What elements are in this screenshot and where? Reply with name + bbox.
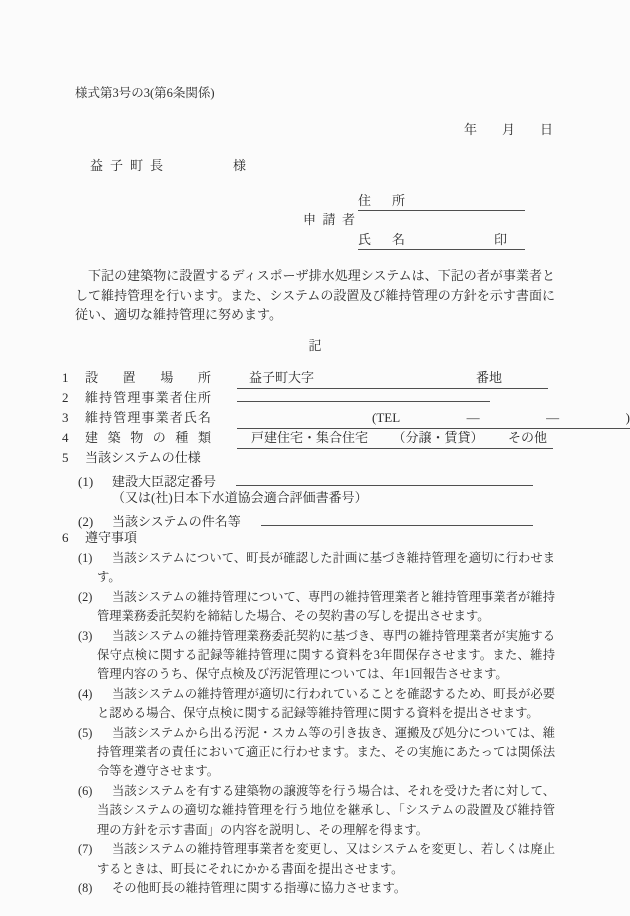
item-operator-name: 3 維持管理事業者氏名 (TEL ― ― ) bbox=[0, 408, 630, 428]
building-type-detached: 戸建住宅・集合住宅 bbox=[251, 428, 368, 448]
clause-number: (5) bbox=[78, 724, 97, 782]
tel-close: ) bbox=[626, 408, 630, 428]
addressee-title: 益子町長 bbox=[90, 158, 170, 173]
operator-address-field[interactable] bbox=[237, 401, 490, 402]
clause-number: (7) bbox=[78, 840, 97, 879]
name-label: 氏名 bbox=[358, 230, 405, 250]
month-label: 月 bbox=[502, 120, 515, 140]
clause-text: 当該システムについて、町長が確認した計画に基づき維持管理を適切に行わせます。 bbox=[97, 549, 555, 588]
item-building-type: 4 建築物の種類 戸建住宅・集合住宅 （分譲・賃貸） その他 bbox=[0, 428, 630, 448]
item-number: 4 bbox=[62, 428, 85, 448]
clause-row: (7) 当該システムの維持管理事業者を変更し、又はシステムを変更し、若しくは廃止… bbox=[0, 840, 630, 879]
clause-number: (3) bbox=[78, 627, 97, 685]
applicant-address-field[interactable]: 住所 bbox=[358, 191, 525, 212]
clause-number: (6) bbox=[78, 782, 97, 840]
item-compliance-heading: 6 遵守事項 bbox=[0, 528, 630, 548]
clause-row: (6) 当該システムを有する建築物の譲渡等を行う場合は、それを受けた者に対して、… bbox=[0, 782, 630, 840]
year-label: 年 bbox=[464, 120, 477, 140]
clause-row: (3) 当該システムの維持管理業務委託契約に基づき、専門の維持管理業者が実施する… bbox=[0, 627, 630, 685]
item-number: 1 bbox=[62, 368, 85, 388]
item-label: 維持管理事業者住所 bbox=[85, 388, 211, 408]
clause-text: 当該システムの維持管理について、専門の維持管理業者と維持管理事業者が維持管理業務… bbox=[97, 588, 555, 627]
clause-row: (4) 当該システムの維持管理が適切に行われていることを確認するため、町長が必要… bbox=[0, 685, 630, 724]
clause-number: (1) bbox=[78, 549, 97, 588]
cert-number-field[interactable] bbox=[236, 468, 533, 486]
item-number: 2 bbox=[62, 388, 85, 408]
clause-text: 当該システムを有する建築物の譲渡等を行う場合は、それを受けた者に対して、当該シス… bbox=[97, 782, 555, 840]
tel-dash: ― bbox=[467, 408, 480, 428]
clause-text: 当該システムの維持管理が適切に行われていることを確認するため、町長が必要と認める… bbox=[97, 685, 555, 724]
location-field[interactable]: 益子町大字 番地 bbox=[237, 368, 548, 389]
item-number: 5 bbox=[62, 448, 85, 468]
tel-open: (TEL bbox=[372, 408, 400, 428]
clause-text: 当該システムの維持管理事業者を変更し、又はシステムを変更し、若しくは廃止するとき… bbox=[97, 840, 555, 879]
record-marker: 記 bbox=[0, 336, 630, 356]
clause-text: 当該システムから出る汚泥・スカム等の引き抜き、運搬及び処分については、維持管理業… bbox=[97, 724, 555, 782]
applicant-role-label: 申請者 bbox=[303, 210, 355, 230]
compliance-clauses: (1) 当該システムについて、町長が確認した計画に基づき維持管理を適切に行わせま… bbox=[0, 549, 630, 898]
clause-number: (8) bbox=[78, 879, 97, 898]
clause-row: (1) 当該システムについて、町長が確認した計画に基づき維持管理を適切に行わせま… bbox=[0, 549, 630, 588]
date-line: 年 月 日 bbox=[0, 120, 630, 140]
location-prefix: 益子町大字 bbox=[249, 368, 314, 388]
item-label: 当該システムの仕様 bbox=[85, 448, 201, 468]
sub-item-system-name: (2) 当該システムの件名等 bbox=[0, 508, 630, 528]
item-system-spec-heading: 5 当該システムの仕様 bbox=[0, 448, 630, 468]
seal-mark: 印 bbox=[494, 230, 507, 250]
clause-row: (2) 当該システムの維持管理について、専門の維持管理業者と維持管理事業者が維持… bbox=[0, 588, 630, 627]
form-number: 様式第3号の3(第6条関係) bbox=[75, 84, 630, 104]
items-list: 1 設置場所 益子町大字 番地 2 維持管理事業者住所 3 維持管理事業者氏名 … bbox=[0, 368, 630, 548]
item-number: 3 bbox=[62, 408, 85, 428]
sub-item-number: (1) bbox=[78, 472, 112, 492]
clause-number: (2) bbox=[78, 588, 97, 627]
item-label: 設置場所 bbox=[85, 368, 211, 388]
building-type-tenure: （分譲・賃貸） bbox=[393, 428, 484, 448]
clause-row: (8) その他町長の維持管理に関する指導に協力させます。 bbox=[0, 879, 630, 898]
honorific-label: 様 bbox=[233, 158, 246, 173]
clause-text: 当該システムの維持管理業務委託契約に基づき、専門の維持管理業者が実施する保守点検… bbox=[97, 627, 555, 685]
sub-item-minister-cert-number: (1) 建設大臣認定番号 bbox=[0, 468, 630, 488]
tel-dash: ― bbox=[546, 408, 559, 428]
applicant-name-field[interactable]: 氏名 印 bbox=[358, 230, 525, 251]
item-operator-address: 2 維持管理事業者住所 bbox=[0, 388, 630, 408]
item-label: 建築物の種類 bbox=[85, 428, 211, 448]
building-type-field[interactable]: 戸建住宅・集合住宅 （分譲・賃貸） その他 bbox=[237, 428, 553, 449]
operator-name-tel-field[interactable]: (TEL ― ― ) bbox=[237, 408, 630, 429]
clause-number: (4) bbox=[78, 685, 97, 724]
banchi-label: 番地 bbox=[476, 368, 502, 388]
item-label: 遵守事項 bbox=[85, 528, 137, 548]
clause-text: その他町長の維持管理に関する指導に協力させます。 bbox=[97, 879, 555, 898]
building-type-other: その他 bbox=[508, 428, 547, 448]
item-label: 維持管理事業者氏名 bbox=[85, 408, 211, 428]
address-label: 住所 bbox=[358, 191, 405, 211]
day-label: 日 bbox=[540, 120, 553, 140]
system-name-field[interactable] bbox=[261, 508, 533, 526]
addressee-line: 益子町長様 bbox=[90, 156, 630, 176]
applicant-block: 住所 申請者 氏名 印 bbox=[0, 191, 630, 250]
clause-row: (5) 当該システムから出る汚泥・スカム等の引き抜き、運搬及び処分については、維… bbox=[0, 724, 630, 782]
item-installation-location: 1 設置場所 益子町大字 番地 bbox=[0, 368, 630, 388]
item-number: 6 bbox=[62, 528, 85, 548]
intro-paragraph: 下記の建築物に設置するディスポーザ排水処理システムは、下記の者が事業者として維持… bbox=[75, 266, 555, 325]
document-page: 様式第3号の3(第6条関係) 年 月 日 益子町長様 住所 申請者 氏名 印 下… bbox=[0, 0, 630, 916]
